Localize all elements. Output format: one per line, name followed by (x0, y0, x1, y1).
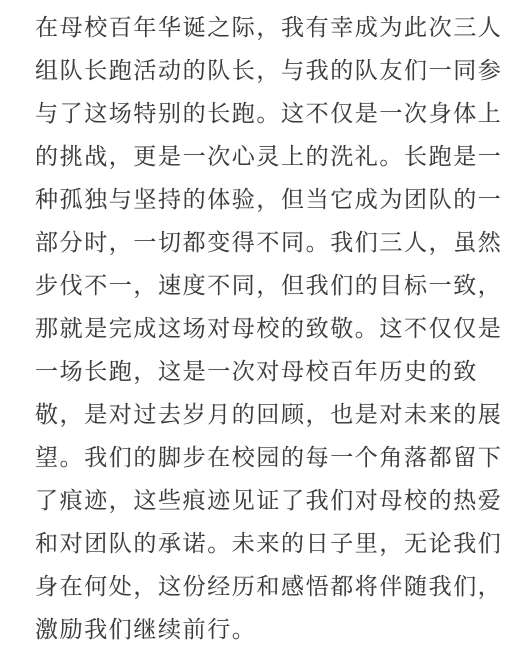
text-line: 了痕迹，这些痕迹见证了我们对母校的热爱 (35, 479, 502, 522)
text-line: 组队长跑活动的队长，与我的队友们一同参 (35, 49, 502, 92)
text-line: 在母校百年华诞之际，我有幸成为此次三人 (35, 6, 502, 49)
text-line: 的挑战，更是一次心灵上的洗礼。长跑是一 (35, 135, 502, 178)
text-line: 种孤独与坚持的体验，但当它成为团队的一 (35, 178, 502, 221)
text-line: 与了这场特别的长跑。这不仅是一次身体上 (35, 92, 502, 135)
text-line: 激励我们继续前行。 (35, 608, 502, 651)
text-line: 部分时，一切都变得不同。我们三人，虽然 (35, 221, 502, 264)
text-line: 和对团队的承诺。未来的日子里，无论我们 (35, 522, 502, 565)
text-line: 身在何处，这份经历和感悟都将伴随我们， (35, 565, 502, 608)
text-line: 步伐不一，速度不同，但我们的目标一致， (35, 264, 502, 307)
text-line: 一场长跑，这是一次对母校百年历史的致 (35, 350, 502, 393)
text-line: 望。我们的脚步在校园的每一个角落都留下 (35, 436, 502, 479)
text-line: 敬，是对过去岁月的回顾，也是对未来的展 (35, 393, 502, 436)
essay-paragraph: 在母校百年华诞之际，我有幸成为此次三人组队长跑活动的队长，与我的队友们一同参与了… (35, 6, 502, 651)
text-line: 那就是完成这场对母校的致敬。这不仅仅是 (35, 307, 502, 350)
document-page: 在母校百年华诞之际，我有幸成为此次三人组队长跑活动的队长，与我的队友们一同参与了… (0, 0, 530, 652)
